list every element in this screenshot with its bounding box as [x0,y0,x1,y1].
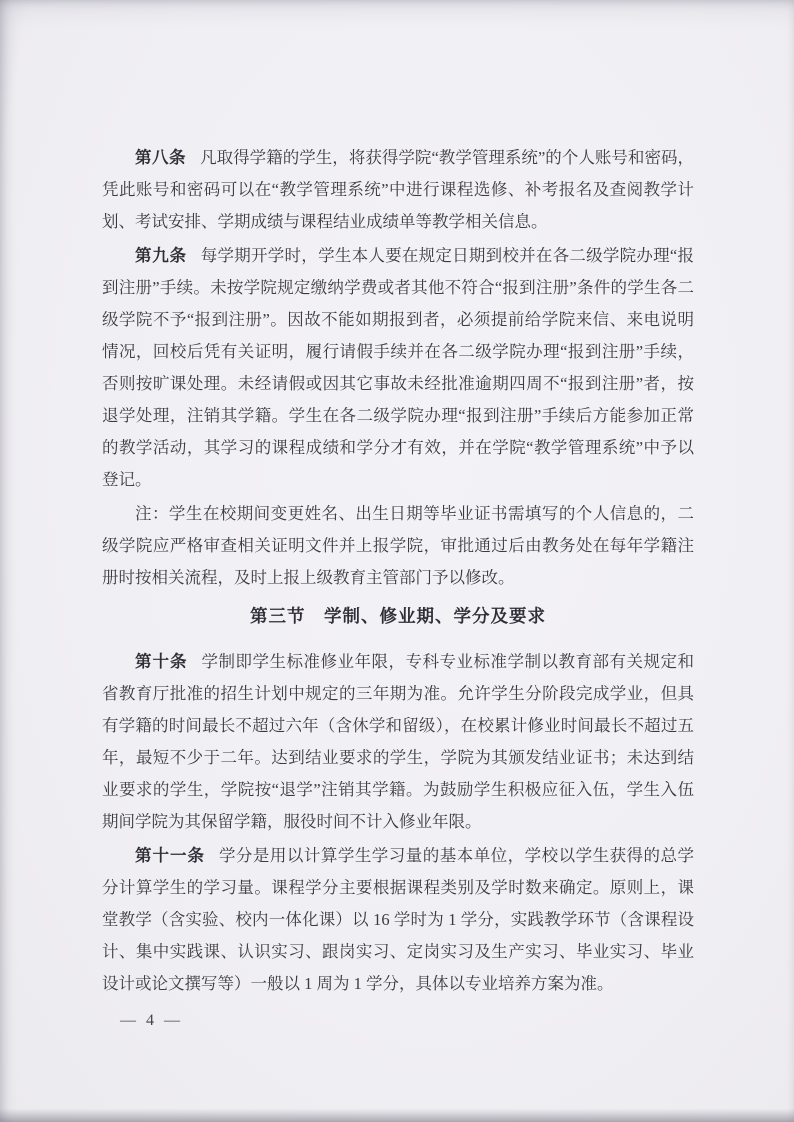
article-11-number: 第十一条 [135,846,205,865]
paragraph-note: 注：学生在校期间变更姓名、出生日期等毕业证书需填写的个人信息的，二级学院应严格审… [102,498,694,594]
paragraph-article-8: 第八条凡取得学籍的学生，将获得学院“教学管理系统”的个人账号和密码，凭此账号和密… [102,142,694,238]
paragraph-article-11: 第十一条学分是用以计算学生学习量的基本单位，学校以学生获得的总学分计算学生的学习… [102,840,694,1000]
section-heading: 第三节 学制、修业期、学分及要求 [102,600,694,632]
page-number: — 4 — [120,1012,183,1030]
article-8-text: 凡取得学籍的学生，将获得学院“教学管理系统”的个人账号和密码，凭此账号和密码可以… [102,148,694,231]
note-text: 注：学生在校期间变更姓名、出生日期等毕业证书需填写的个人信息的，二级学院应严格审… [102,504,694,587]
scanned-document-page: 第八条凡取得学籍的学生，将获得学院“教学管理系统”的个人账号和密码，凭此账号和密… [0,0,794,1122]
page-text-block: 第八条凡取得学籍的学生，将获得学院“教学管理系统”的个人账号和密码，凭此账号和密… [102,142,694,1002]
paragraph-article-10: 第十条学制即学生标准修业年限，专科专业标准学制以教育部有关规定和省教育厅批准的招… [102,646,694,838]
paragraph-article-9: 第九条每学期开学时，学生本人要在规定日期到校并在各二级学院办理“报到注册”手续。… [102,240,694,496]
article-11-text: 学分是用以计算学生学习量的基本单位，学校以学生获得的总学分计算学生的学习量。课程… [102,846,694,993]
article-9-number: 第九条 [135,246,187,265]
article-10-number: 第十条 [135,652,188,671]
article-9-text: 每学期开学时，学生本人要在规定日期到校并在各二级学院办理“报到注册”手续。未按学… [102,246,694,489]
article-8-number: 第八条 [135,148,186,167]
article-10-text: 学制即学生标准修业年限，专科专业标准学制以教育部有关规定和省教育厅批准的招生计划… [102,652,694,831]
